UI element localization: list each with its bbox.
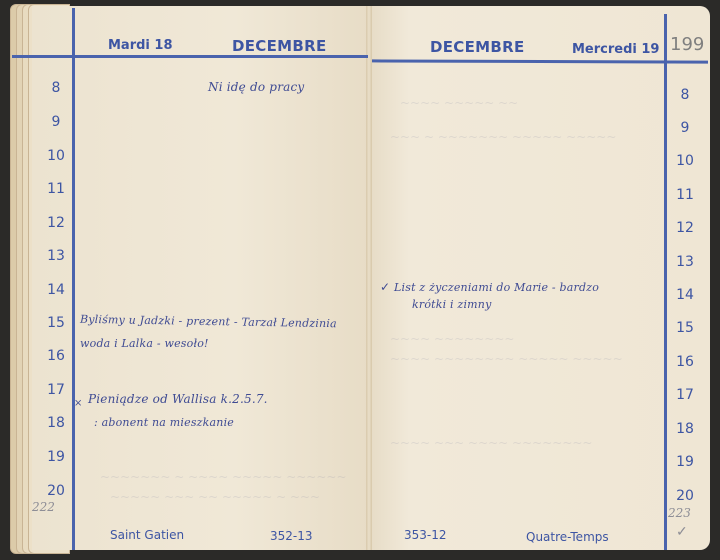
hour-label: 17 [671, 387, 699, 403]
hour-label: 8 [42, 80, 70, 96]
diary-entry: List z życzeniami do Marie - bardzo [394, 281, 599, 294]
diary-book: Mardi 18 DECEMBRE DECEMBRE Mercredi 19 1… [0, 0, 720, 560]
check-mark-icon: ✓ [676, 524, 688, 540]
hour-label: 19 [671, 454, 699, 470]
bleed-through-text: ~~~ ~ ~~~~~~~ ~~~~~ ~~~~~ [390, 130, 616, 144]
hour-column-rule-left [72, 8, 75, 550]
right-page [368, 6, 710, 550]
left-footer-saint: Saint Gatien [110, 528, 184, 542]
entry-marker-x-icon: × [74, 398, 83, 409]
hour-label: 13 [671, 254, 699, 270]
hour-label: 12 [42, 215, 70, 231]
left-footer-daycount: 352-13 [270, 529, 313, 543]
left-month-label: DECEMBRE [232, 37, 327, 55]
left-day-label: Mardi 18 [108, 38, 173, 53]
hour-label: 16 [671, 354, 699, 370]
bleed-through-text: ~~~~~~~ ~ ~~~~ ~~~~~ ~~~~~~ [100, 470, 347, 484]
right-month-label: DECEMBRE [430, 38, 525, 56]
left-page [32, 6, 370, 550]
diary-entry: woda i Lalka - wesoło! [80, 337, 209, 350]
hour-label: 15 [42, 315, 70, 331]
hour-label: 18 [42, 415, 70, 431]
hour-label: 11 [42, 181, 70, 197]
right-footer-daycount: 353-12 [404, 528, 447, 542]
header-rule-left [12, 55, 368, 58]
hour-label: 13 [42, 248, 70, 264]
hour-label: 9 [671, 120, 699, 136]
hour-label: 19 [42, 449, 70, 465]
hour-label: 15 [671, 320, 699, 336]
diary-entry: krótki i zimny [412, 298, 492, 311]
bleed-through-text: ~~~~ ~~~~~~~~ [390, 332, 514, 346]
bleed-through-text: ~~~~ ~~~~~ ~~ [400, 96, 518, 110]
hour-column-rule-right [664, 14, 667, 550]
diary-entry: Ni idę do pracy [208, 80, 304, 94]
hour-label: 10 [42, 148, 70, 164]
hour-label: 18 [671, 421, 699, 437]
bleed-through-text: ~~~~ ~~~ ~~~~ ~~~~~~~~ [390, 436, 592, 450]
hour-label: 14 [671, 287, 699, 303]
hour-label: 20 [671, 488, 699, 504]
book-gutter [366, 6, 372, 550]
hour-label: 20 [42, 483, 70, 499]
hour-label: 16 [42, 348, 70, 364]
diary-entry: Pieniądze od Wallisa k.2.5.7. [88, 392, 268, 406]
hour-label: 8 [671, 87, 699, 103]
bleed-through-text: ~~~~ ~~~~~~~~ ~~~~~ ~~~~~ [390, 352, 623, 366]
hour-label: 11 [671, 187, 699, 203]
hour-label: 9 [42, 114, 70, 130]
entry-check-icon: ✓ [380, 280, 390, 294]
page-number-pencil-top: 199 [670, 34, 704, 55]
page-number-pencil-left: 222 [32, 500, 55, 514]
bleed-through-text: ~~~~~ ~~~ ~~ ~~~~~ ~ ~~~ [110, 490, 320, 504]
hour-label: 12 [671, 220, 699, 236]
hour-label: 10 [671, 153, 699, 169]
hour-label: 14 [42, 282, 70, 298]
diary-entry: : abonent na mieszkanie [94, 416, 234, 429]
page-number-pencil-right-bottom: 223 [668, 506, 691, 520]
hour-label: 17 [42, 382, 70, 398]
right-footer-feast: Quatre-Temps [526, 530, 609, 544]
right-day-label: Mercredi 19 [572, 42, 659, 57]
